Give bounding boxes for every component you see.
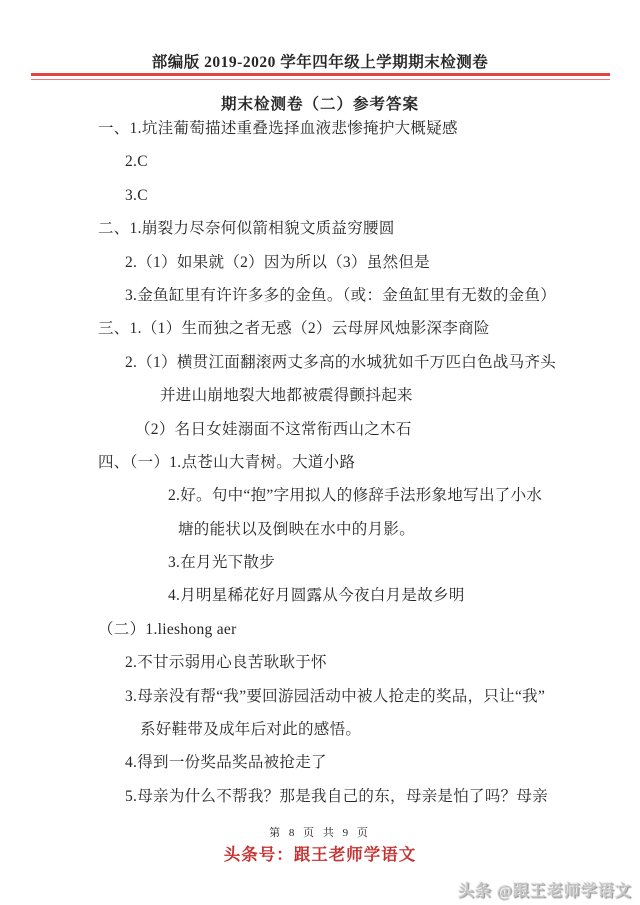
answer-line: 二、1.崩裂力尽奈何似箭相貌文质益穷腰圆 xyxy=(98,212,630,245)
answer-line: 3.C xyxy=(125,179,630,212)
title-divider-rule xyxy=(31,73,610,80)
channel-name: 头条号：跟王老师学语文 xyxy=(0,841,640,865)
answer-line: （2）名日女娃溺面不这常衔西山之木石 xyxy=(135,413,630,446)
toutiao-watermark: 头条 @跟王老师学语文 xyxy=(458,878,632,901)
answer-line: 3.在月光下散步 xyxy=(168,546,630,579)
answer-line: 3.母亲没有帮“我”要回游园活动中被人抢走的奖品，只让“我” xyxy=(125,680,630,713)
answer-line: 3.金鱼缸里有许许多多的金鱼。（或：金鱼缸里有无数的金鱼） xyxy=(125,279,630,312)
answer-line: 2.（1）如果就（2）因为所以（3）虽然但是 xyxy=(125,246,630,279)
answer-line: （二）1.lieshong aer xyxy=(98,613,630,646)
answer-line: 2.好。句中“抱”字用拟人的修辞手法形象地写出了小水 xyxy=(168,479,630,512)
answer-line: 四、（一）1.点苍山大青树。大道小路 xyxy=(98,446,630,479)
answer-line: 2.（1）横贯江面翻滚两丈多高的水城犹如千万匹白色战马齐头 xyxy=(125,346,630,379)
answer-line: 三、1.（1）生而独之者无惑（2）云母屏风烛影深李商险 xyxy=(98,312,630,345)
answer-line: 4.月明星稀花好月圆露从今夜白月是故乡明 xyxy=(168,579,630,612)
answers-body: 一、1.坑洼葡萄描述重叠选择血液悲惨掩护大概疑感 2.C 3.C 二、1.崩裂力… xyxy=(98,112,630,813)
answer-line: 系好鞋带及成年后对此的感悟。 xyxy=(140,713,630,746)
answer-line: 塘的能状以及倒映在水中的月影。 xyxy=(178,513,630,546)
document-page: 部编版 2019-2020 学年四年级上学期期末检测卷 期末检测卷（二）参考答案… xyxy=(0,0,640,905)
answer-line: 4.得到一份奖品奖品被抢走了 xyxy=(125,746,630,779)
answer-line: 5.母亲为什么不帮我？那是我自己的东，母亲是怕了吗？母亲 xyxy=(125,780,630,813)
answer-line: 2.不甘示弱用心良苦耿耿于怀 xyxy=(125,646,630,679)
answer-line: 2.C xyxy=(125,145,630,178)
answer-line: 并进山崩地裂大地都被震得颤抖起来 xyxy=(160,379,630,412)
answer-key-heading: 期末检测卷（二）参考答案 xyxy=(0,92,640,114)
document-title: 部编版 2019-2020 学年四年级上学期期末检测卷 xyxy=(0,50,640,72)
answer-line: 一、1.坑洼葡萄描述重叠选择血液悲惨掩护大概疑感 xyxy=(98,112,630,145)
page-number: 第 8 页 共 9 页 xyxy=(0,824,640,840)
